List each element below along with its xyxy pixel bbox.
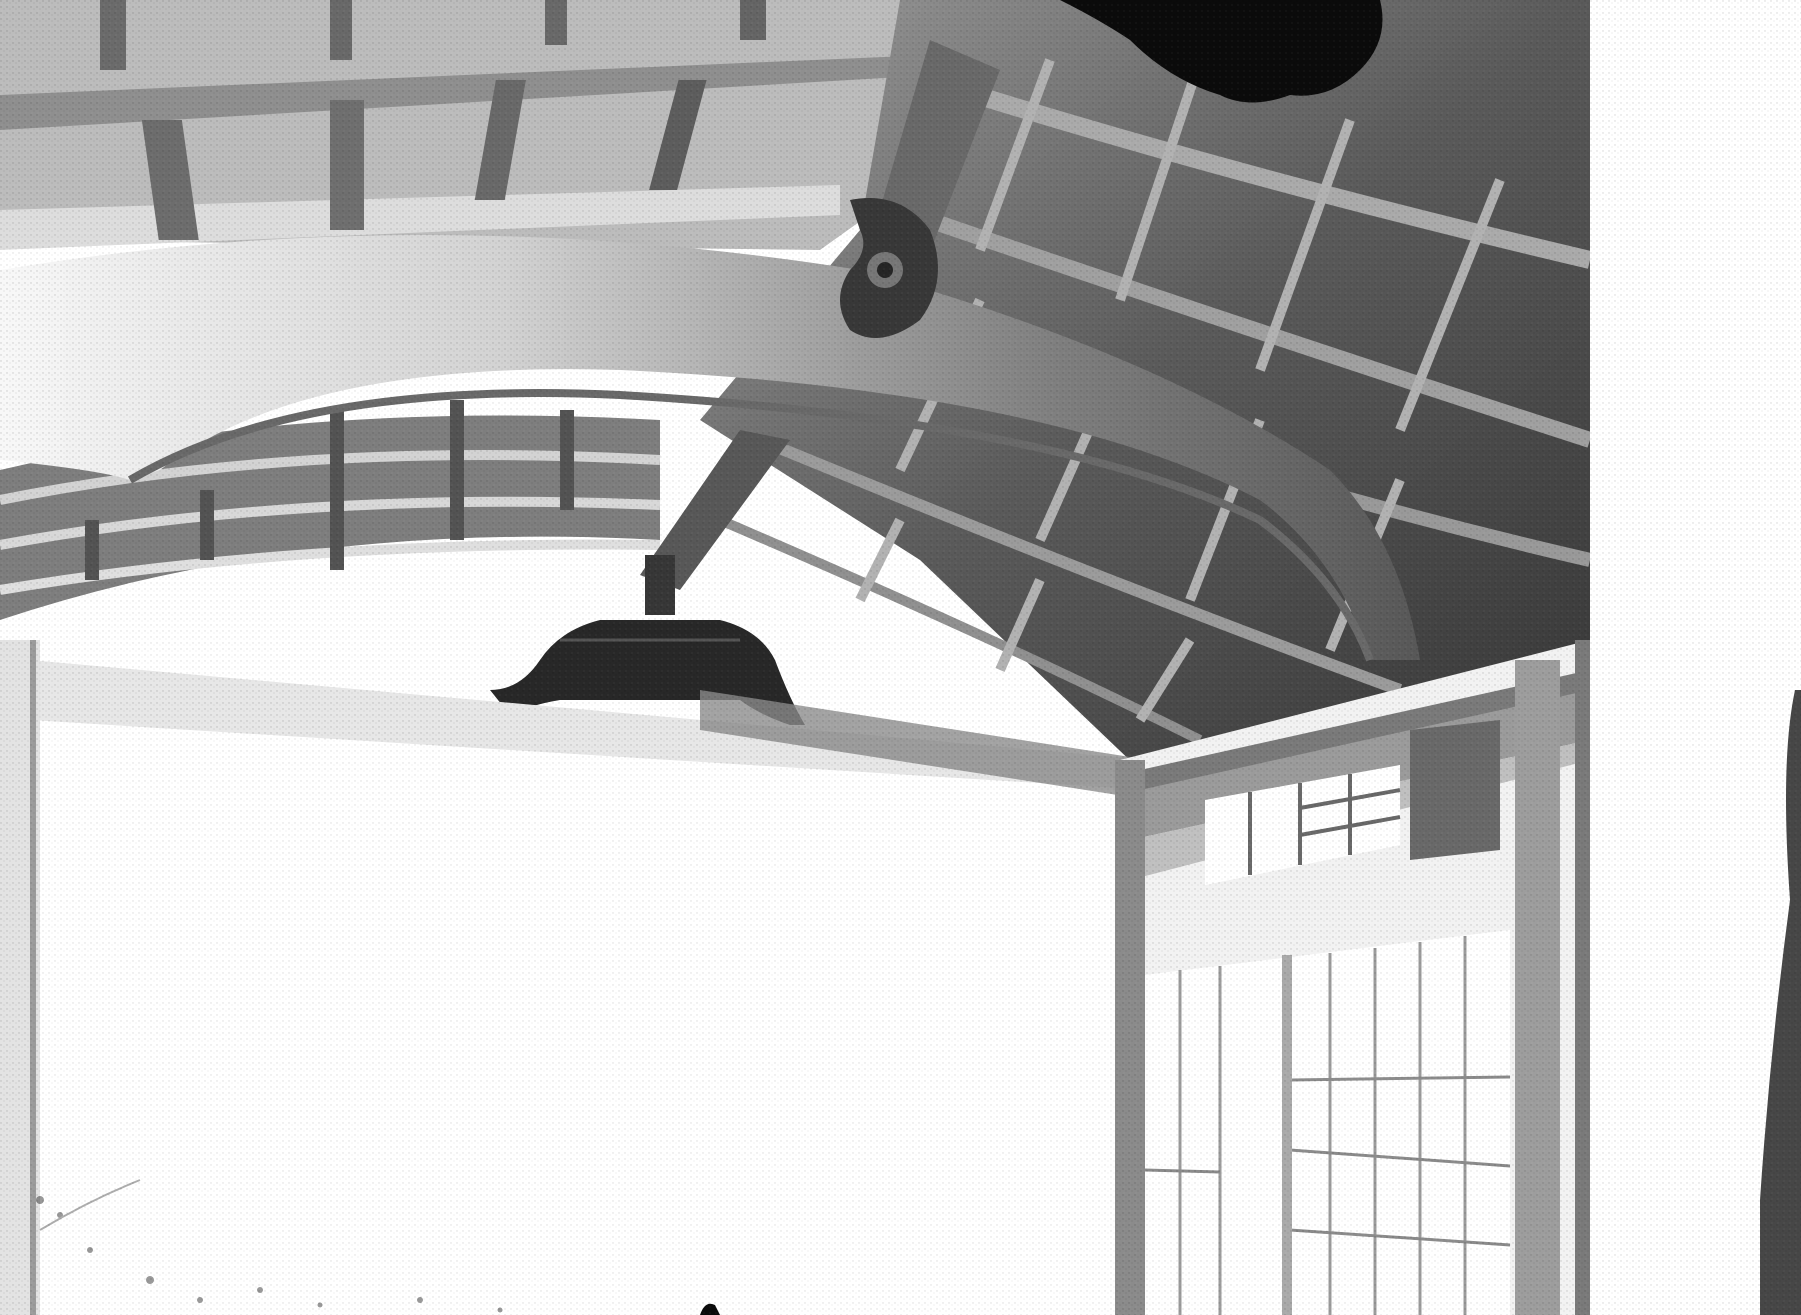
photograph: Black-and-white photograph looking up at… [0, 0, 1801, 1315]
film-grain [0, 0, 1801, 1315]
photo-scene [0, 0, 1801, 1315]
